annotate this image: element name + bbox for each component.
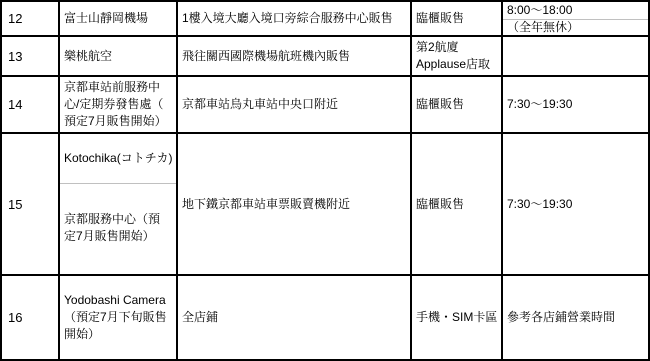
- hours-note: （全年無休）: [503, 20, 648, 34]
- location-cell: 京都車站前服務中 心/定期券發售處（ 預定7月販售開始）: [59, 76, 177, 133]
- hours-cell: 8:00～18:00 （全年無休）: [502, 1, 649, 36]
- row-number: 13: [1, 36, 59, 76]
- place-cell: 京都車站烏丸車站中央口附近: [177, 76, 411, 133]
- location-line: （預定7月下旬販售: [64, 309, 172, 326]
- hours-cell: 參考各店鋪營業時間: [502, 275, 649, 360]
- location-line: 開始）: [64, 326, 172, 343]
- row-number: 16: [1, 275, 59, 360]
- location-cell: Kotochika(コトチカ) 京都服務中心（預 定7月販售開始）: [59, 133, 177, 275]
- row-number: 12: [1, 1, 59, 36]
- table-row-12: 12 富士山靜岡機場 1樓入境大廳入境口旁綜合服務中心販售 臨櫃販售 8:00～…: [1, 1, 649, 36]
- location-line: 京都服務中心（預: [64, 211, 172, 228]
- place-cell: 全店鋪: [177, 275, 411, 360]
- location-line: 京都車站前服務中: [64, 79, 172, 96]
- hours-cell: [502, 36, 649, 76]
- method-cell: 臨櫃販售: [411, 133, 502, 275]
- location-sub-bottom: 京都服務中心（預 定7月販售開始）: [60, 184, 176, 272]
- location-cell: 富士山靜岡機場: [59, 1, 177, 36]
- method-cell: 臨櫃販售: [411, 1, 502, 36]
- sales-locations-table: 12 富士山靜岡機場 1樓入境大廳入境口旁綜合服務中心販售 臨櫃販售 8:00～…: [0, 0, 650, 361]
- place-cell: 飛往關西國際機場航班機內販售: [177, 36, 411, 76]
- method-line: Applause店取: [416, 56, 497, 73]
- table-row-14: 14 京都車站前服務中 心/定期券發售處（ 預定7月販售開始） 京都車站烏丸車站…: [1, 76, 649, 133]
- place-cell: 1樓入境大廳入境口旁綜合服務中心販售: [177, 1, 411, 36]
- row-number: 14: [1, 76, 59, 133]
- location-line: 預定7月販售開始）: [64, 113, 172, 130]
- location-sub-top: Kotochika(コトチカ): [60, 134, 176, 184]
- hours-line: 8:00～18:00: [503, 2, 648, 20]
- location-line: Yodobashi Camera: [64, 292, 172, 309]
- table-row-13: 13 樂桃航空 飛往關西國際機場航班機內販售 第2航廈 Applause店取: [1, 36, 649, 76]
- method-cell: 手機・SIM卡區: [411, 275, 502, 360]
- method-cell: 臨櫃販售: [411, 76, 502, 133]
- location-line: 心/定期券發售處（: [64, 96, 172, 113]
- location-cell: 樂桃航空: [59, 36, 177, 76]
- location-cell: Yodobashi Camera （預定7月下旬販售 開始）: [59, 275, 177, 360]
- location-line: 定7月販售開始）: [64, 228, 172, 245]
- table-row-16: 16 Yodobashi Camera （預定7月下旬販售 開始） 全店鋪 手機…: [1, 275, 649, 360]
- table-row-15: 15 Kotochika(コトチカ) 京都服務中心（預 定7月販售開始） 地下鐵…: [1, 133, 649, 275]
- hours-cell: 7:30～19:30: [502, 133, 649, 275]
- method-line: 第2航廈: [416, 39, 497, 56]
- hours-cell: 7:30～19:30: [502, 76, 649, 133]
- place-cell: 地下鐵京都車站車票販賣機附近: [177, 133, 411, 275]
- row-number: 15: [1, 133, 59, 275]
- method-cell: 第2航廈 Applause店取: [411, 36, 502, 76]
